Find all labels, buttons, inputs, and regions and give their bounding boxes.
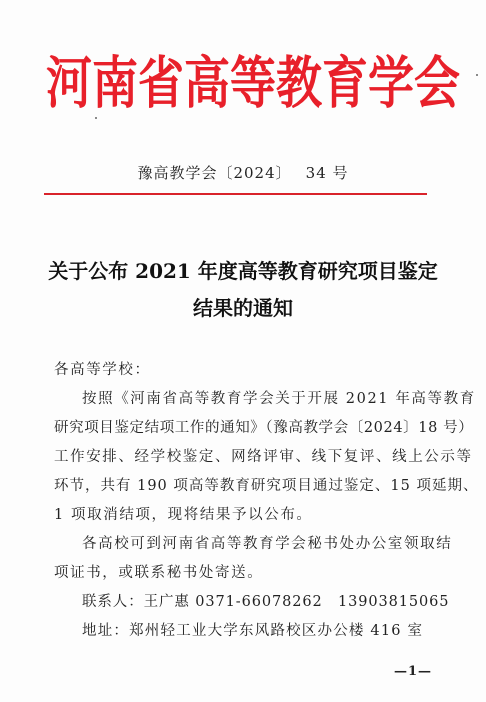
page-number: —1— bbox=[394, 664, 432, 679]
paragraph-1-line: 环节，共有 190 项高等教育研究项目通过鉴定、15 项延期、 bbox=[54, 476, 434, 496]
document-title-line-1: 关于公布 2021 年度高等教育研究项目鉴定 bbox=[0, 255, 486, 284]
address-info: 地址：郑州轻工业大学东风路校区办公楼 416 室 bbox=[82, 621, 462, 641]
letterhead-char: 教 bbox=[276, 43, 322, 124]
document-number: 豫高教学会〔2024〕34 号 bbox=[0, 162, 486, 183]
letterhead-char: 等 bbox=[230, 43, 276, 124]
document-title-line-2: 结果的通知 bbox=[0, 292, 486, 321]
paragraph-2-line: 各高校可到河南省高等教育学会秘书处办公室领取结 bbox=[82, 534, 462, 554]
letterhead-char: 育 bbox=[322, 43, 368, 124]
paragraph-1-line: 1 项取消结项，现将结果予以公布。 bbox=[54, 505, 434, 525]
letterhead-org-name: 河 南 省 高 等 教 育 学 会 bbox=[46, 50, 426, 116]
paragraph-2-line: 项证书，或联系秘书处寄送。 bbox=[54, 563, 434, 583]
paragraph-1-line: 按照《河南省高等教育学会关于开展 2021 年高等教育 bbox=[82, 389, 462, 409]
doc-number-prefix: 豫高教学会〔2024〕 bbox=[137, 164, 291, 182]
salutation: 各高等学校： bbox=[54, 360, 434, 380]
letterhead-char: 会 bbox=[414, 43, 460, 124]
doc-number-value: 34 号 bbox=[306, 164, 349, 182]
letterhead-char: 河 bbox=[46, 43, 92, 124]
letterhead-char: 高 bbox=[184, 43, 230, 124]
contact-info: 联系人：王广惠 0371-66078262 13903815065 bbox=[82, 592, 462, 612]
paragraph-1-line: 工作安排、经学校鉴定、网络评审、线下复评、线上公示等 bbox=[54, 447, 434, 467]
scan-speck bbox=[476, 74, 478, 76]
letterhead-char: 省 bbox=[138, 43, 184, 124]
paragraph-1-line: 研究项目鉴定结项工作的通知》（豫高教学会〔2024〕18 号） bbox=[54, 418, 434, 438]
letterhead-char: 学 bbox=[368, 43, 414, 124]
letterhead-char: 南 bbox=[92, 43, 138, 124]
letterhead-divider bbox=[44, 193, 427, 195]
scan-speck bbox=[95, 117, 97, 119]
